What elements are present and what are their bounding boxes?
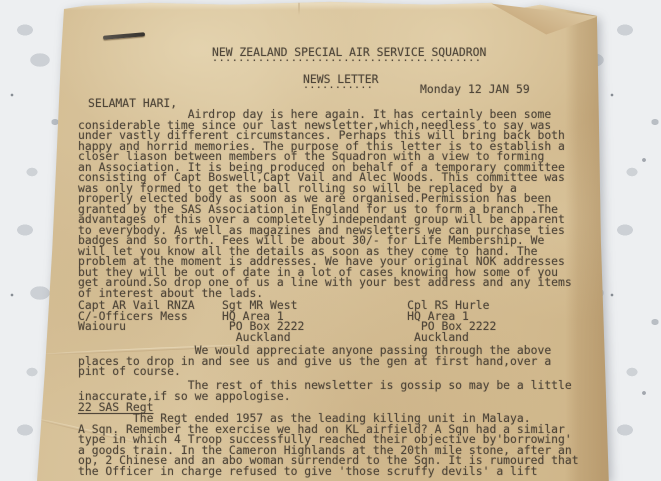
newsletter-date: Monday 12 JAN 59 (420, 84, 530, 95)
contact-addresses: Capt AR Vail RNZA Sgt MR West Cpl RS Hur… (78, 300, 496, 342)
subtitle-underline: ........... (303, 81, 373, 92)
newsletter-document: NEW ZEALAND SPECIAL AIR SERVICE SQUADRON… (0, 0, 661, 481)
newsletter-page: NEW ZEALAND SPECIAL AIR SERVICE SQUADRON… (0, 0, 661, 481)
photo-background: NEW ZEALAND SPECIAL AIR SERVICE SQUADRON… (0, 0, 661, 481)
gossip-disclaimer: The rest of this newsletter is gossip so… (78, 380, 572, 401)
regt-paragraph: The Regt ended 1957 as the leading killi… (78, 413, 579, 476)
intro-paragraph: Airdrop day is here again. It has certai… (78, 109, 572, 298)
visit-paragraph: We would appreciate anyone passing throu… (78, 345, 551, 377)
title-underline: ........................................… (212, 54, 481, 65)
paper-shadow: NEW ZEALAND SPECIAL AIR SERVICE SQUADRON… (0, 0, 661, 481)
